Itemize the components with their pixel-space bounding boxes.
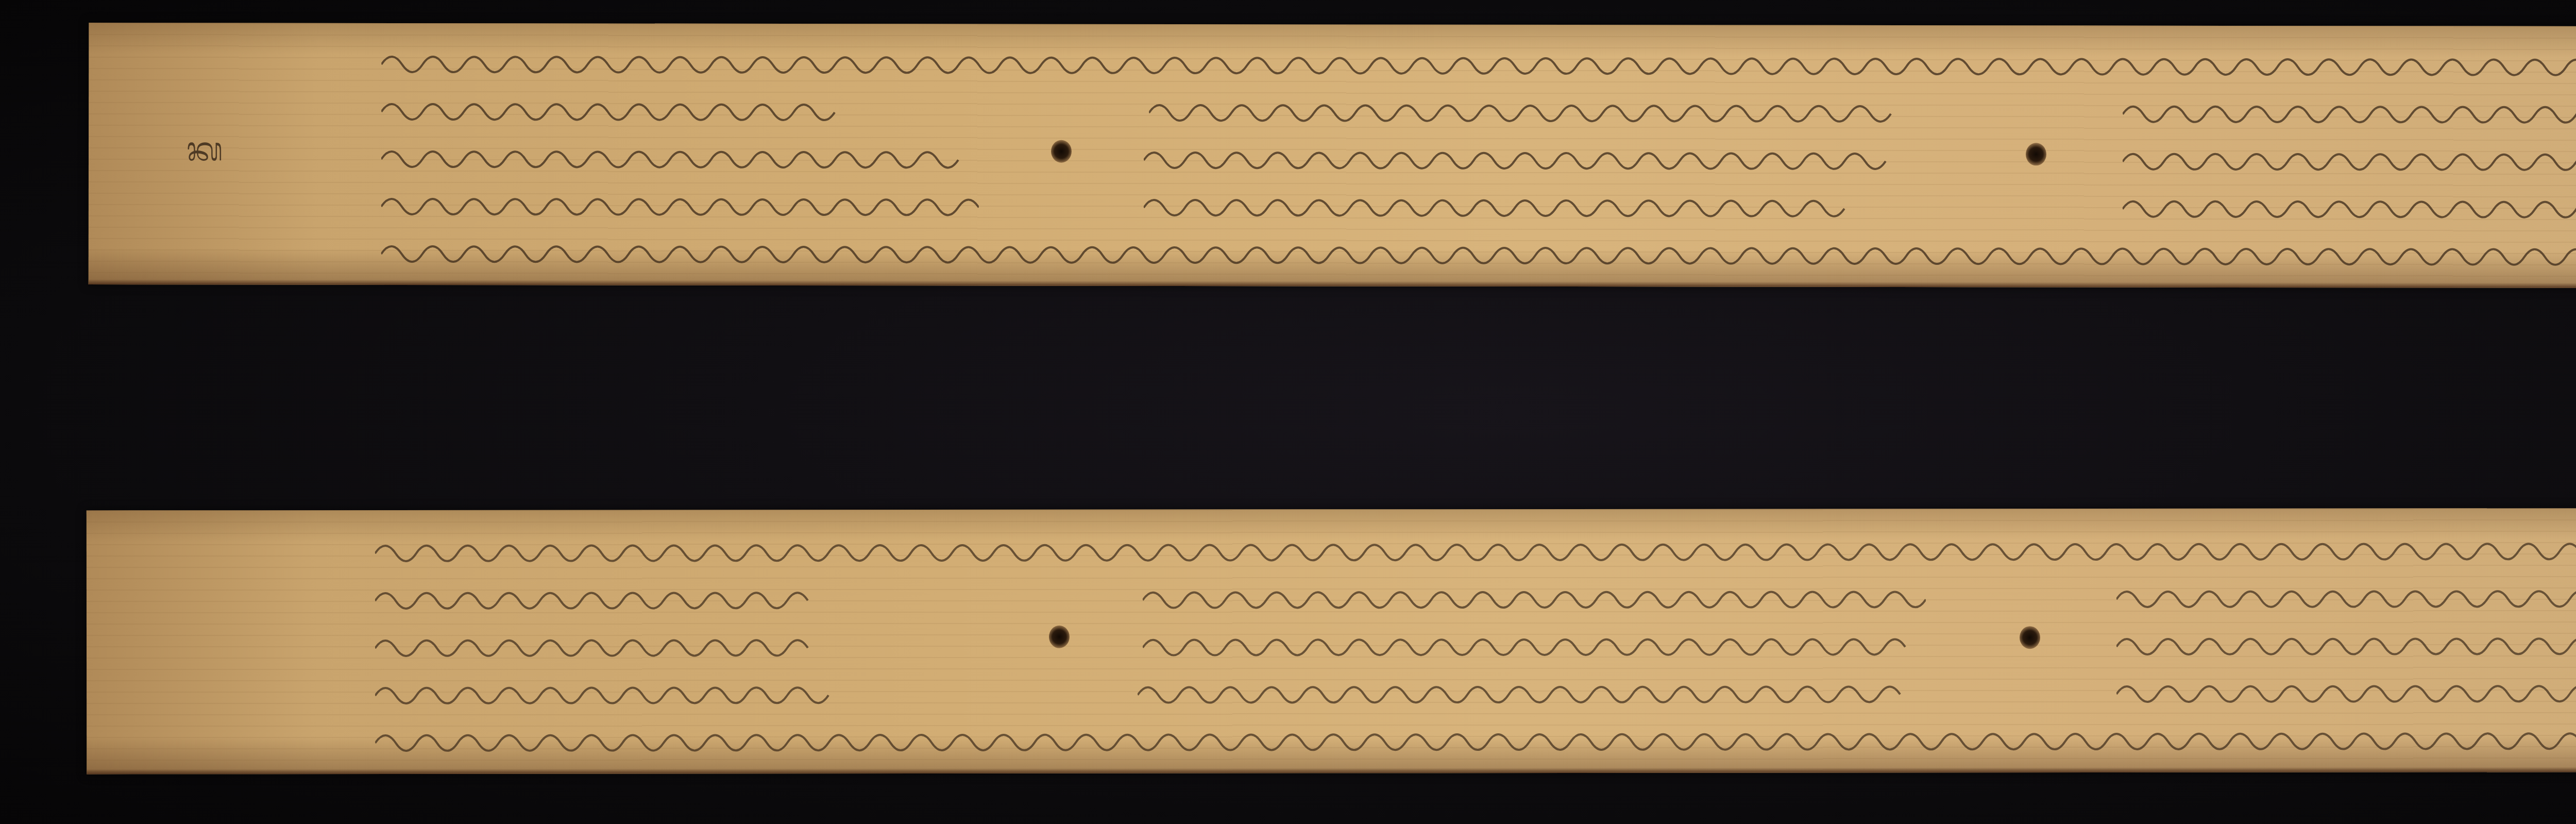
script-line-2b [1149, 92, 1901, 130]
script-line-4b [1144, 187, 1860, 225]
leaf-note: Handwritten Balinese script in five line… [87, 510, 87, 511]
script-line-3a [375, 627, 818, 665]
script-line-3b [1144, 140, 1896, 178]
script-line-4b [1138, 674, 1910, 711]
script-line-5 [375, 720, 2576, 760]
palm-leaf-folio-bottom: Handwritten Balinese script in five line… [87, 508, 2576, 775]
leaf-note: Handwritten Balinese script in five line… [89, 23, 89, 23]
script-text-area [375, 531, 2576, 760]
script-line-2b [1143, 579, 1926, 616]
script-line-3b [1143, 626, 1921, 664]
script-text-area [381, 44, 2576, 274]
script-line-4a [375, 675, 839, 712]
script-line-4c [2116, 673, 2576, 711]
script-line-2a [375, 580, 818, 617]
script-line-4c [2123, 189, 2576, 227]
palm-leaf-folio-top: Handwritten Balinese script in five line… [89, 23, 2576, 289]
script-line-3a [381, 139, 974, 177]
script-line-1 [375, 531, 2576, 570]
script-line-2c [2116, 578, 2576, 616]
script-line-1 [381, 44, 2576, 85]
script-line-3c [2116, 626, 2576, 663]
folio-number-glyph: ᬓ [187, 126, 223, 184]
script-line-5 [381, 233, 2576, 274]
script-line-4a [381, 186, 979, 224]
script-line-3c [2123, 141, 2576, 179]
script-line-2c [2123, 94, 2576, 132]
script-line-2a [381, 91, 845, 129]
